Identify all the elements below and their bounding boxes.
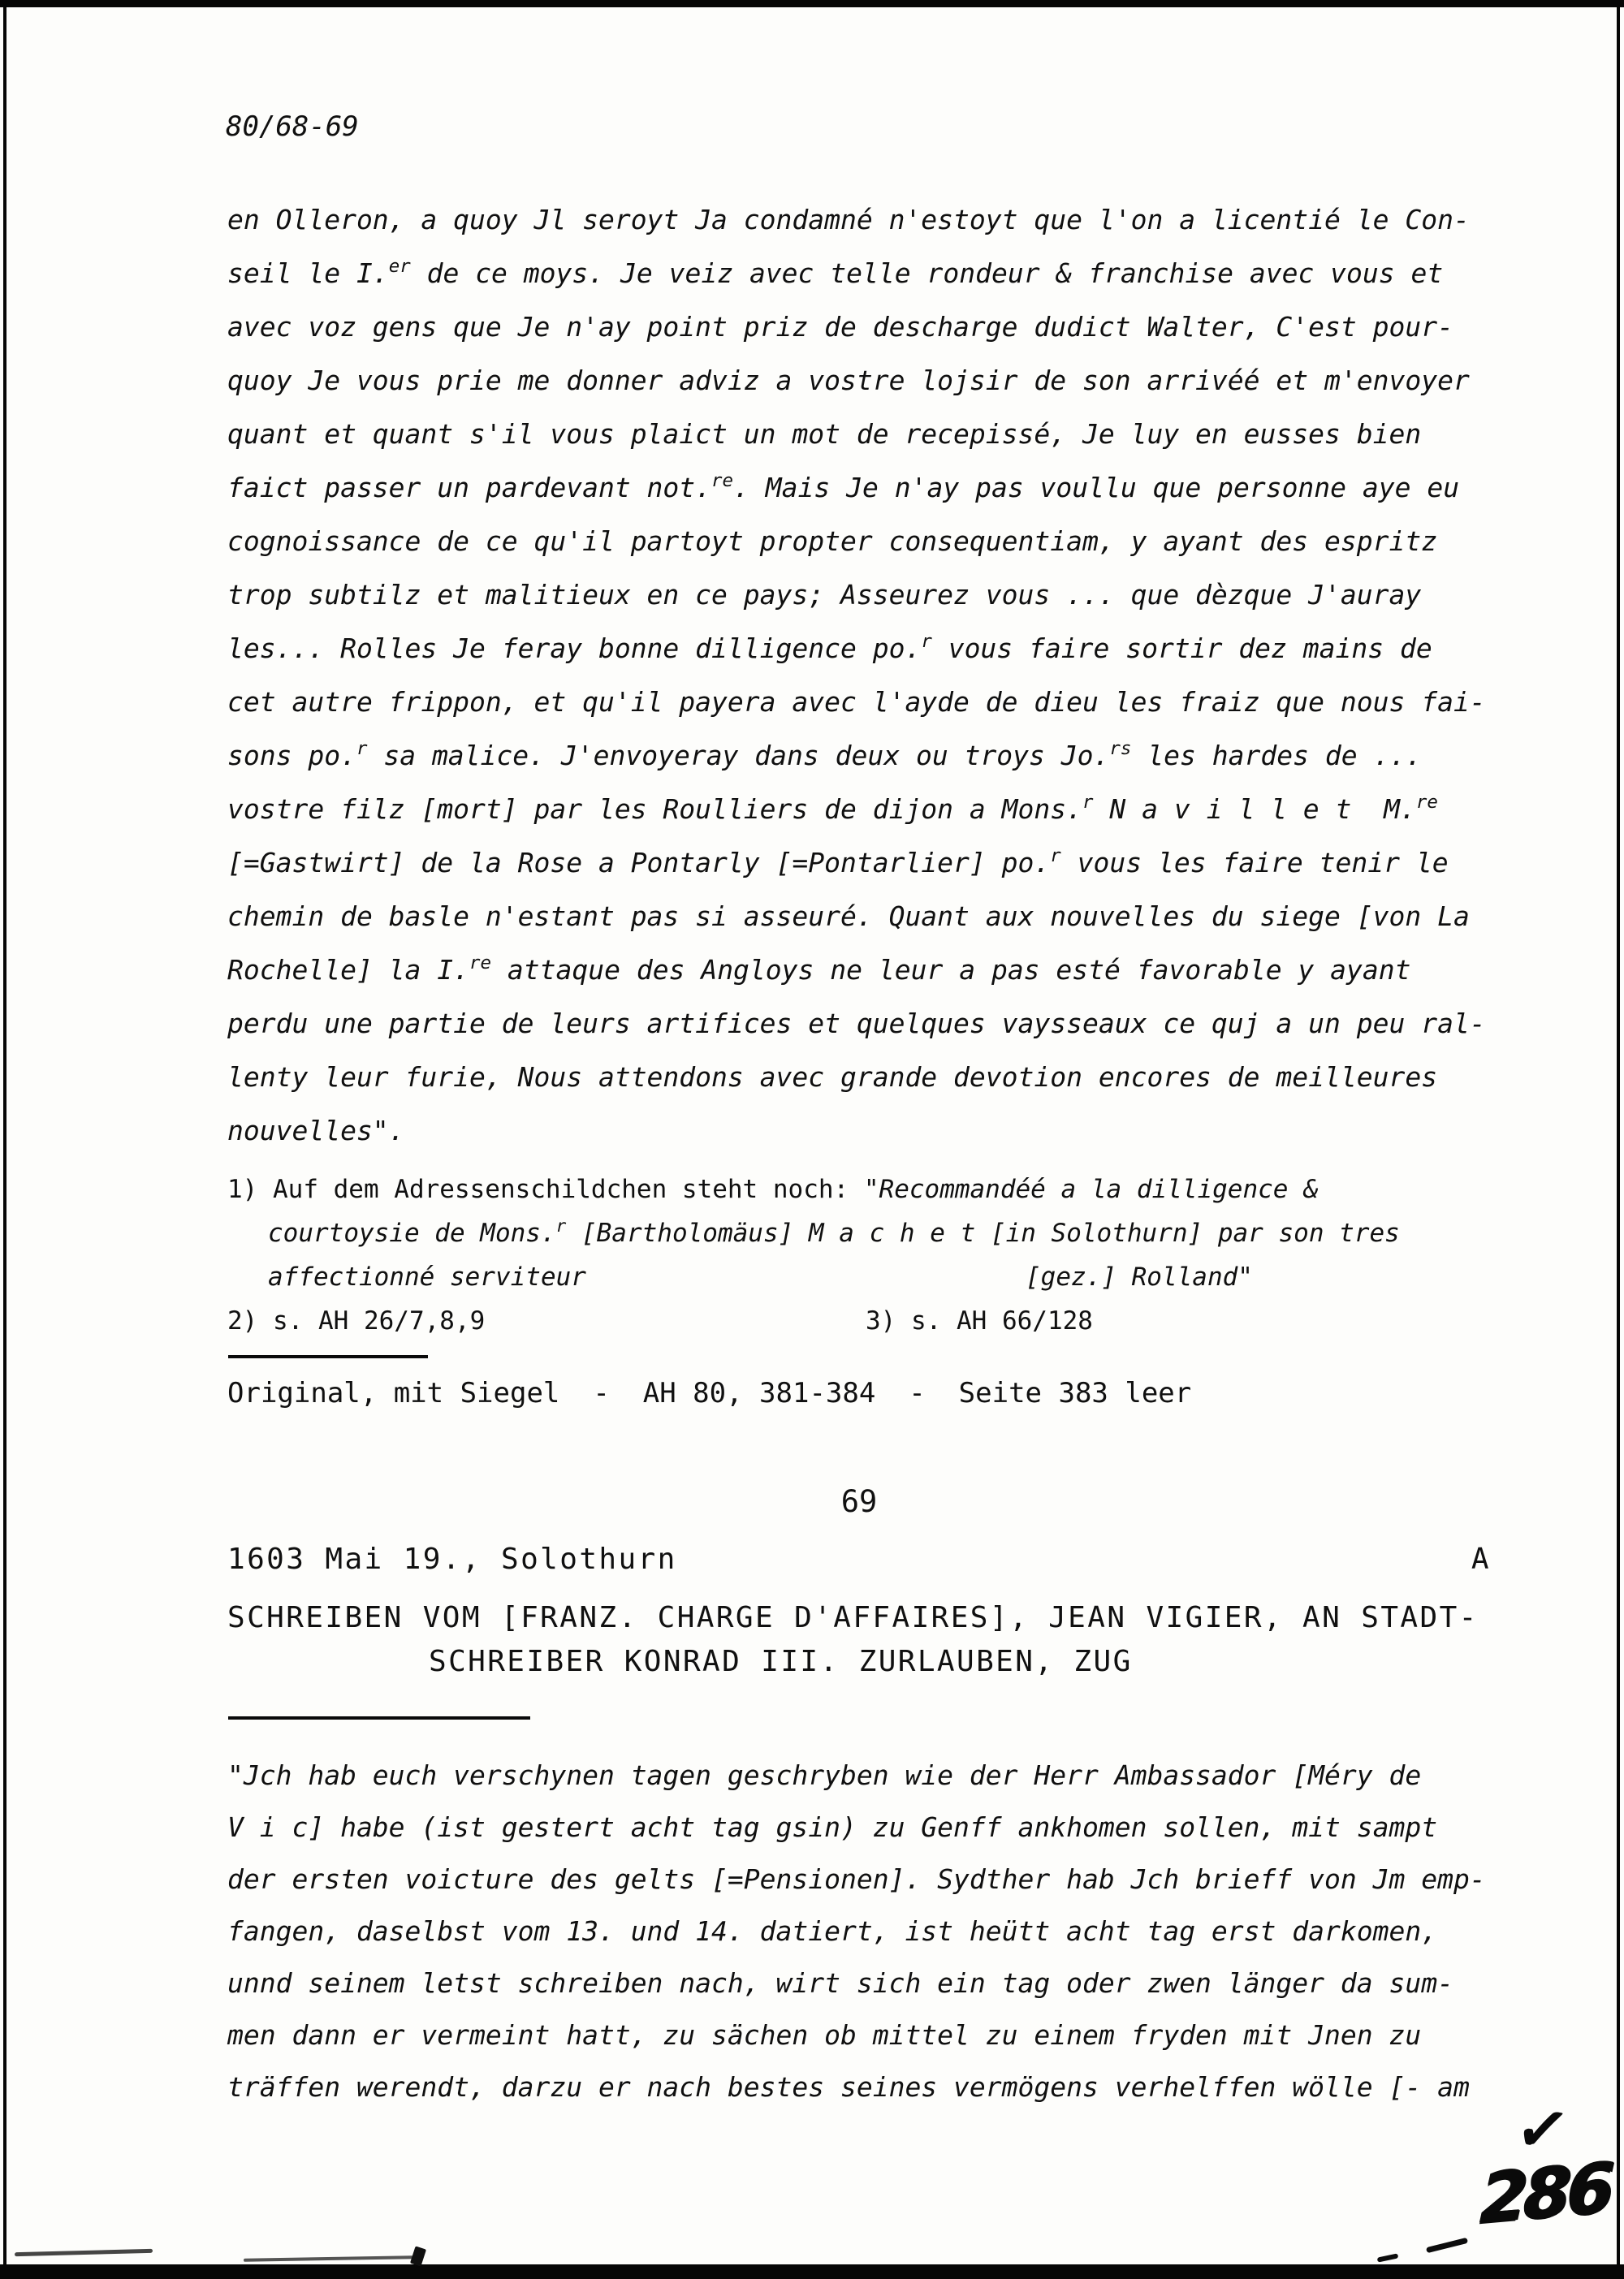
letter-line: lenty leur furie, Nous attendons avec gr…	[227, 1051, 1510, 1104]
letter-line: faict passer un pardevant not.re. Mais J…	[227, 461, 1510, 515]
letter-line: quoy Je vous prie me donner adviz a vost…	[227, 354, 1510, 408]
scan-border-top	[0, 0, 1624, 7]
letter-line: seil le I.er de ce moys. Je veiz avec te…	[227, 247, 1510, 300]
footnote-1-signature: [gez.] Rolland"	[1026, 1255, 1253, 1299]
scan-border-left	[3, 0, 6, 2279]
footnote-separator-rule	[228, 1355, 428, 1358]
letter-line: Rochelle] la I.re attaque des Angloys ne…	[227, 943, 1510, 997]
footnotes: 1) Auf dem Adressenschildchen steht noch…	[227, 1168, 1510, 1343]
letter-line: nouvelles".	[227, 1104, 1510, 1158]
letter-line: [=Gastwirt] de la Rose a Pontarly [=Pont…	[227, 836, 1510, 890]
letter-line: unnd seinem letst schreiben nach, wirt s…	[227, 1957, 1510, 2009]
scanned-document-page: 80/68-69 en Olleron, a quoy Jl seroyt Ja…	[0, 0, 1624, 2279]
letter-line: avec voz gens que Je n'ay point priz de …	[227, 300, 1510, 354]
letter-line: der ersten voicture des gelts [=Pensione…	[227, 1854, 1510, 1906]
footnote-1-line-3: affectionné serviteur[gez.] Rolland"	[227, 1255, 1510, 1299]
footnote-3-text: 3) s. AH 66/128	[866, 1299, 1093, 1343]
page-reference-number: 80/68-69	[226, 110, 359, 143]
scan-noise	[244, 2255, 414, 2262]
scan-border-bottom	[0, 2264, 1624, 2279]
handwritten-page-number: 286	[1479, 2147, 1611, 2239]
letter-line: "Jch hab euch verschynen tagen geschrybe…	[227, 1750, 1510, 1802]
letter-line: cognoissance de ce qu'il partoyt propter…	[227, 515, 1510, 568]
letter-line: vostre filz [mort] par les Roulliers de …	[227, 783, 1510, 836]
entry-title-line-2: SCHREIBER KONRAD III. ZURLAUBEN, ZUG	[429, 1645, 1133, 1678]
entry-number: 69	[227, 1484, 1491, 1519]
handwritten-stroke	[1426, 2238, 1468, 2253]
footnote-1-quote-start: "Recommandéé a la dilligence &	[864, 1175, 1319, 1204]
letter-line: quant et quant s'il vous plaict un mot d…	[227, 408, 1510, 461]
letter-line: sons po.r sa malice. J'envoyeray dans de…	[227, 729, 1510, 783]
footnote-1-line-1: 1) Auf dem Adressenschildchen steht noch…	[227, 1168, 1510, 1211]
entry-title-line-1: SCHREIBEN VOM [FRANZ. CHARGE D'AFFAIRES]…	[227, 1601, 1479, 1634]
footnote-1-line-2: courtoysie de Mons.r [Bartholomäus] M a …	[227, 1211, 1510, 1255]
footnote-1-serviteur: affectionné serviteur	[268, 1263, 586, 1292]
footnote-1-label-text: 1) Auf dem Adressenschildchen steht noch…	[227, 1175, 864, 1204]
letter-line: men dann er vermeint hatt, zu sächen ob …	[227, 2009, 1510, 2061]
letter-line: perdu une partie de leurs artifices et q…	[227, 997, 1510, 1051]
letter-line: en Olleron, a quoy Jl seroyt Ja condamné…	[227, 193, 1510, 247]
french-letter-excerpt: en Olleron, a quoy Jl seroyt Ja condamné…	[227, 193, 1510, 1158]
letter-line: träffen werendt, darzu er nach bestes se…	[227, 2061, 1510, 2113]
scan-noise	[410, 2246, 426, 2266]
letter-line: V i c] habe (ist gestert acht tag gsin) …	[227, 1802, 1510, 1854]
entry-date-row: 1603 Mai 19., Solothurn A	[227, 1543, 1491, 1576]
german-letter-excerpt: "Jch hab euch verschynen tagen geschrybe…	[227, 1750, 1510, 2113]
handwritten-stroke	[1377, 2253, 1399, 2262]
footnote-2-and-3: 2) s. AH 26/7,8,93) s. AH 66/128	[227, 1299, 1510, 1343]
title-separator-rule	[228, 1716, 530, 1720]
letter-line: chemin de basle n'estant pas si asseuré.…	[227, 890, 1510, 943]
footnote-2-text: 2) s. AH 26/7,8,9	[227, 1306, 485, 1336]
archive-provenance-note: Original, mit Siegel - AH 80, 381-384 - …	[227, 1377, 1191, 1409]
scan-border-right	[1617, 0, 1620, 2279]
entry-series-letter: A	[1471, 1543, 1491, 1576]
entry-date-place: 1603 Mai 19., Solothurn	[227, 1543, 677, 1576]
letter-line: trop subtilz et malitieux en ce pays; As…	[227, 568, 1510, 622]
letter-line: cet autre frippon, et qu'il payera avec …	[227, 675, 1510, 729]
scan-noise	[15, 2249, 153, 2256]
letter-line: fangen, daselbst vom 13. und 14. datiert…	[227, 1906, 1510, 1957]
letter-line: les... Rolles Je feray bonne dilligence …	[227, 622, 1510, 675]
